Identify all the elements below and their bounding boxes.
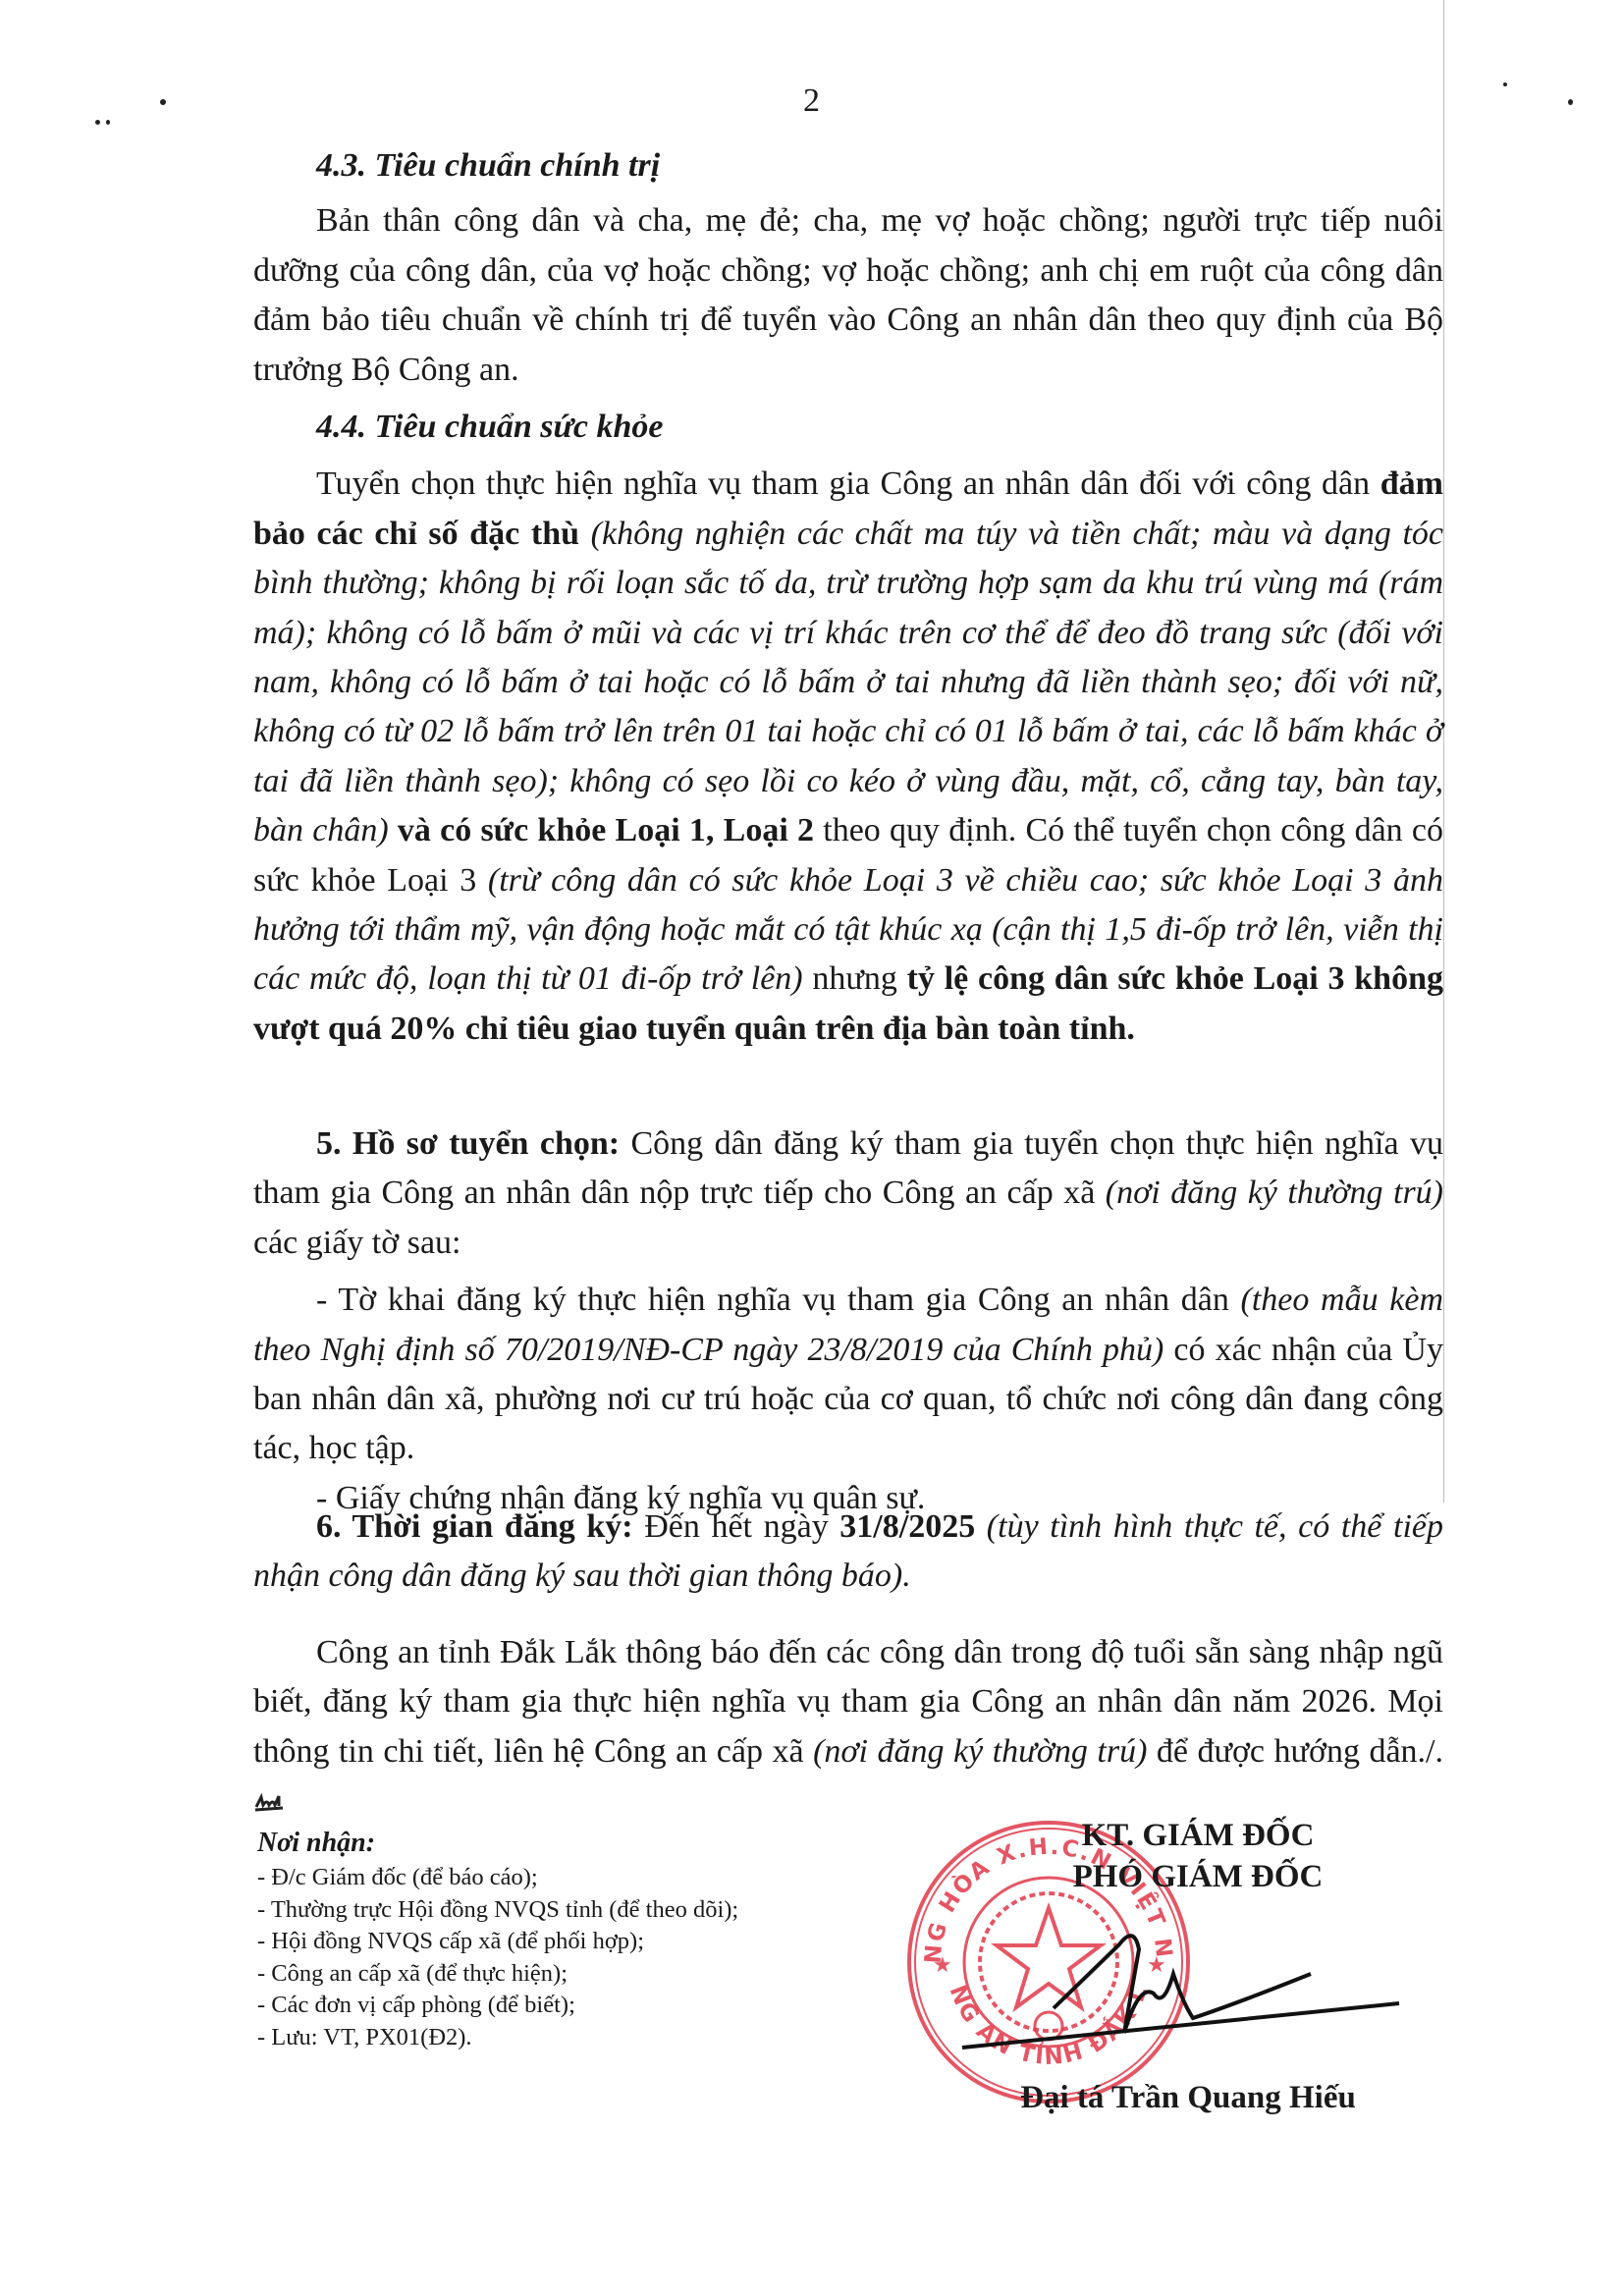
deadline-date: 31/8/2025 [839, 1508, 975, 1545]
text-run: Tuyển chọn thực hiện nghĩa vụ tham gia C… [316, 465, 1380, 502]
signer-title-block: KT. GIÁM ĐỐC PHÓ GIÁM ĐỐC [982, 1815, 1414, 1897]
scan-artifact-line [1443, 0, 1444, 1503]
section-label: 6. Thời gian đăng ký: [316, 1508, 633, 1545]
section-heading: 4.3. Tiêu chuẩn chính trị [253, 141, 1443, 191]
section-paragraph: Công an tỉnh Đắk Lắk thông báo đến các c… [253, 1628, 1443, 1827]
recipient-item: - Lưu: VT, PX01(Đ2). [257, 2022, 738, 2054]
text-run-bold: và có sức khỏe Loại 1, Loại 2 [389, 812, 814, 848]
recipient-item: - Công an cấp xã (để thực hiện); [257, 1958, 738, 1991]
signer-line-2: PHÓ GIÁM ĐỐC [982, 1856, 1414, 1897]
handwritten-signature-icon [943, 1915, 1404, 2062]
recipient-item: - Các đơn vị cấp phòng (để biết); [257, 1990, 738, 2022]
text-run-italic: (không nghiện các chất ma túy và tiền ch… [253, 516, 1443, 848]
section-paragraph: Bản thân công dân và cha, mẹ đẻ; cha, mẹ… [253, 196, 1443, 395]
recipient-item: - Thường trực Hội đồng NVQS tỉnh (để the… [257, 1894, 738, 1927]
text-run: nhưng [803, 960, 907, 997]
recipients-title: Nơi nhận: [257, 1825, 738, 1862]
signer-line-1: KT. GIÁM ĐỐC [982, 1815, 1414, 1856]
text-run-italic: (nơi đăng ký thường trú) [1106, 1175, 1443, 1211]
initials-mark-icon [253, 1793, 287, 1813]
scan-speck [95, 120, 100, 125]
section-6: 6. Thời gian đăng ký: Đến hết ngày 31/8/… [253, 1503, 1443, 1602]
recipient-item: - Hội đồng NVQS cấp xã (để phối hợp); [257, 1926, 738, 1958]
recipients-block: Nơi nhận: - Đ/c Giám đốc (để báo cáo); -… [257, 1825, 738, 2053]
section-paragraph: 6. Thời gian đăng ký: Đến hết ngày 31/8/… [253, 1503, 1443, 1602]
document-page: 2 4.3. Tiêu chuẩn chính trị Bản thân côn… [0, 0, 1623, 2296]
document-list-item: - Tờ khai đăng ký thực hiện nghĩa vụ tha… [253, 1276, 1443, 1474]
section-4-4: 4.4. Tiêu chuẩn sức khỏe Tuyển chọn thực… [253, 403, 1443, 1054]
recipient-item: - Đ/c Giám đốc (để báo cáo); [257, 1862, 738, 1894]
text-run-italic: (nơi đăng ký thường trú) [813, 1733, 1147, 1770]
section-paragraph: Tuyển chọn thực hiện nghĩa vụ tham gia C… [253, 460, 1443, 1054]
text-run: Đến hết ngày [633, 1508, 840, 1545]
section-paragraph: 5. Hồ sơ tuyển chọn: Công dân đăng ký th… [253, 1120, 1443, 1268]
section-5: 5. Hồ sơ tuyển chọn: Công dân đăng ký th… [253, 1120, 1443, 1523]
closing-paragraph: Công an tỉnh Đắk Lắk thông báo đến các c… [253, 1628, 1443, 1827]
text-run: - Tờ khai đăng ký thực hiện nghĩa vụ tha… [316, 1282, 1241, 1318]
scan-speck [106, 120, 110, 125]
section-label: 5. Hồ sơ tuyển chọn: [316, 1125, 620, 1162]
section-4-3: 4.3. Tiêu chuẩn chính trị Bản thân công … [253, 141, 1443, 395]
text-run: các giấy tờ sau: [253, 1225, 461, 1261]
section-heading: 4.4. Tiêu chuẩn sức khỏe [253, 403, 1443, 452]
text-run: để được hướng dẫn./. [1147, 1733, 1443, 1770]
signer-name: Đại tá Trần Quang Hiếu [972, 2080, 1404, 2116]
page-number: 2 [0, 82, 1623, 120]
